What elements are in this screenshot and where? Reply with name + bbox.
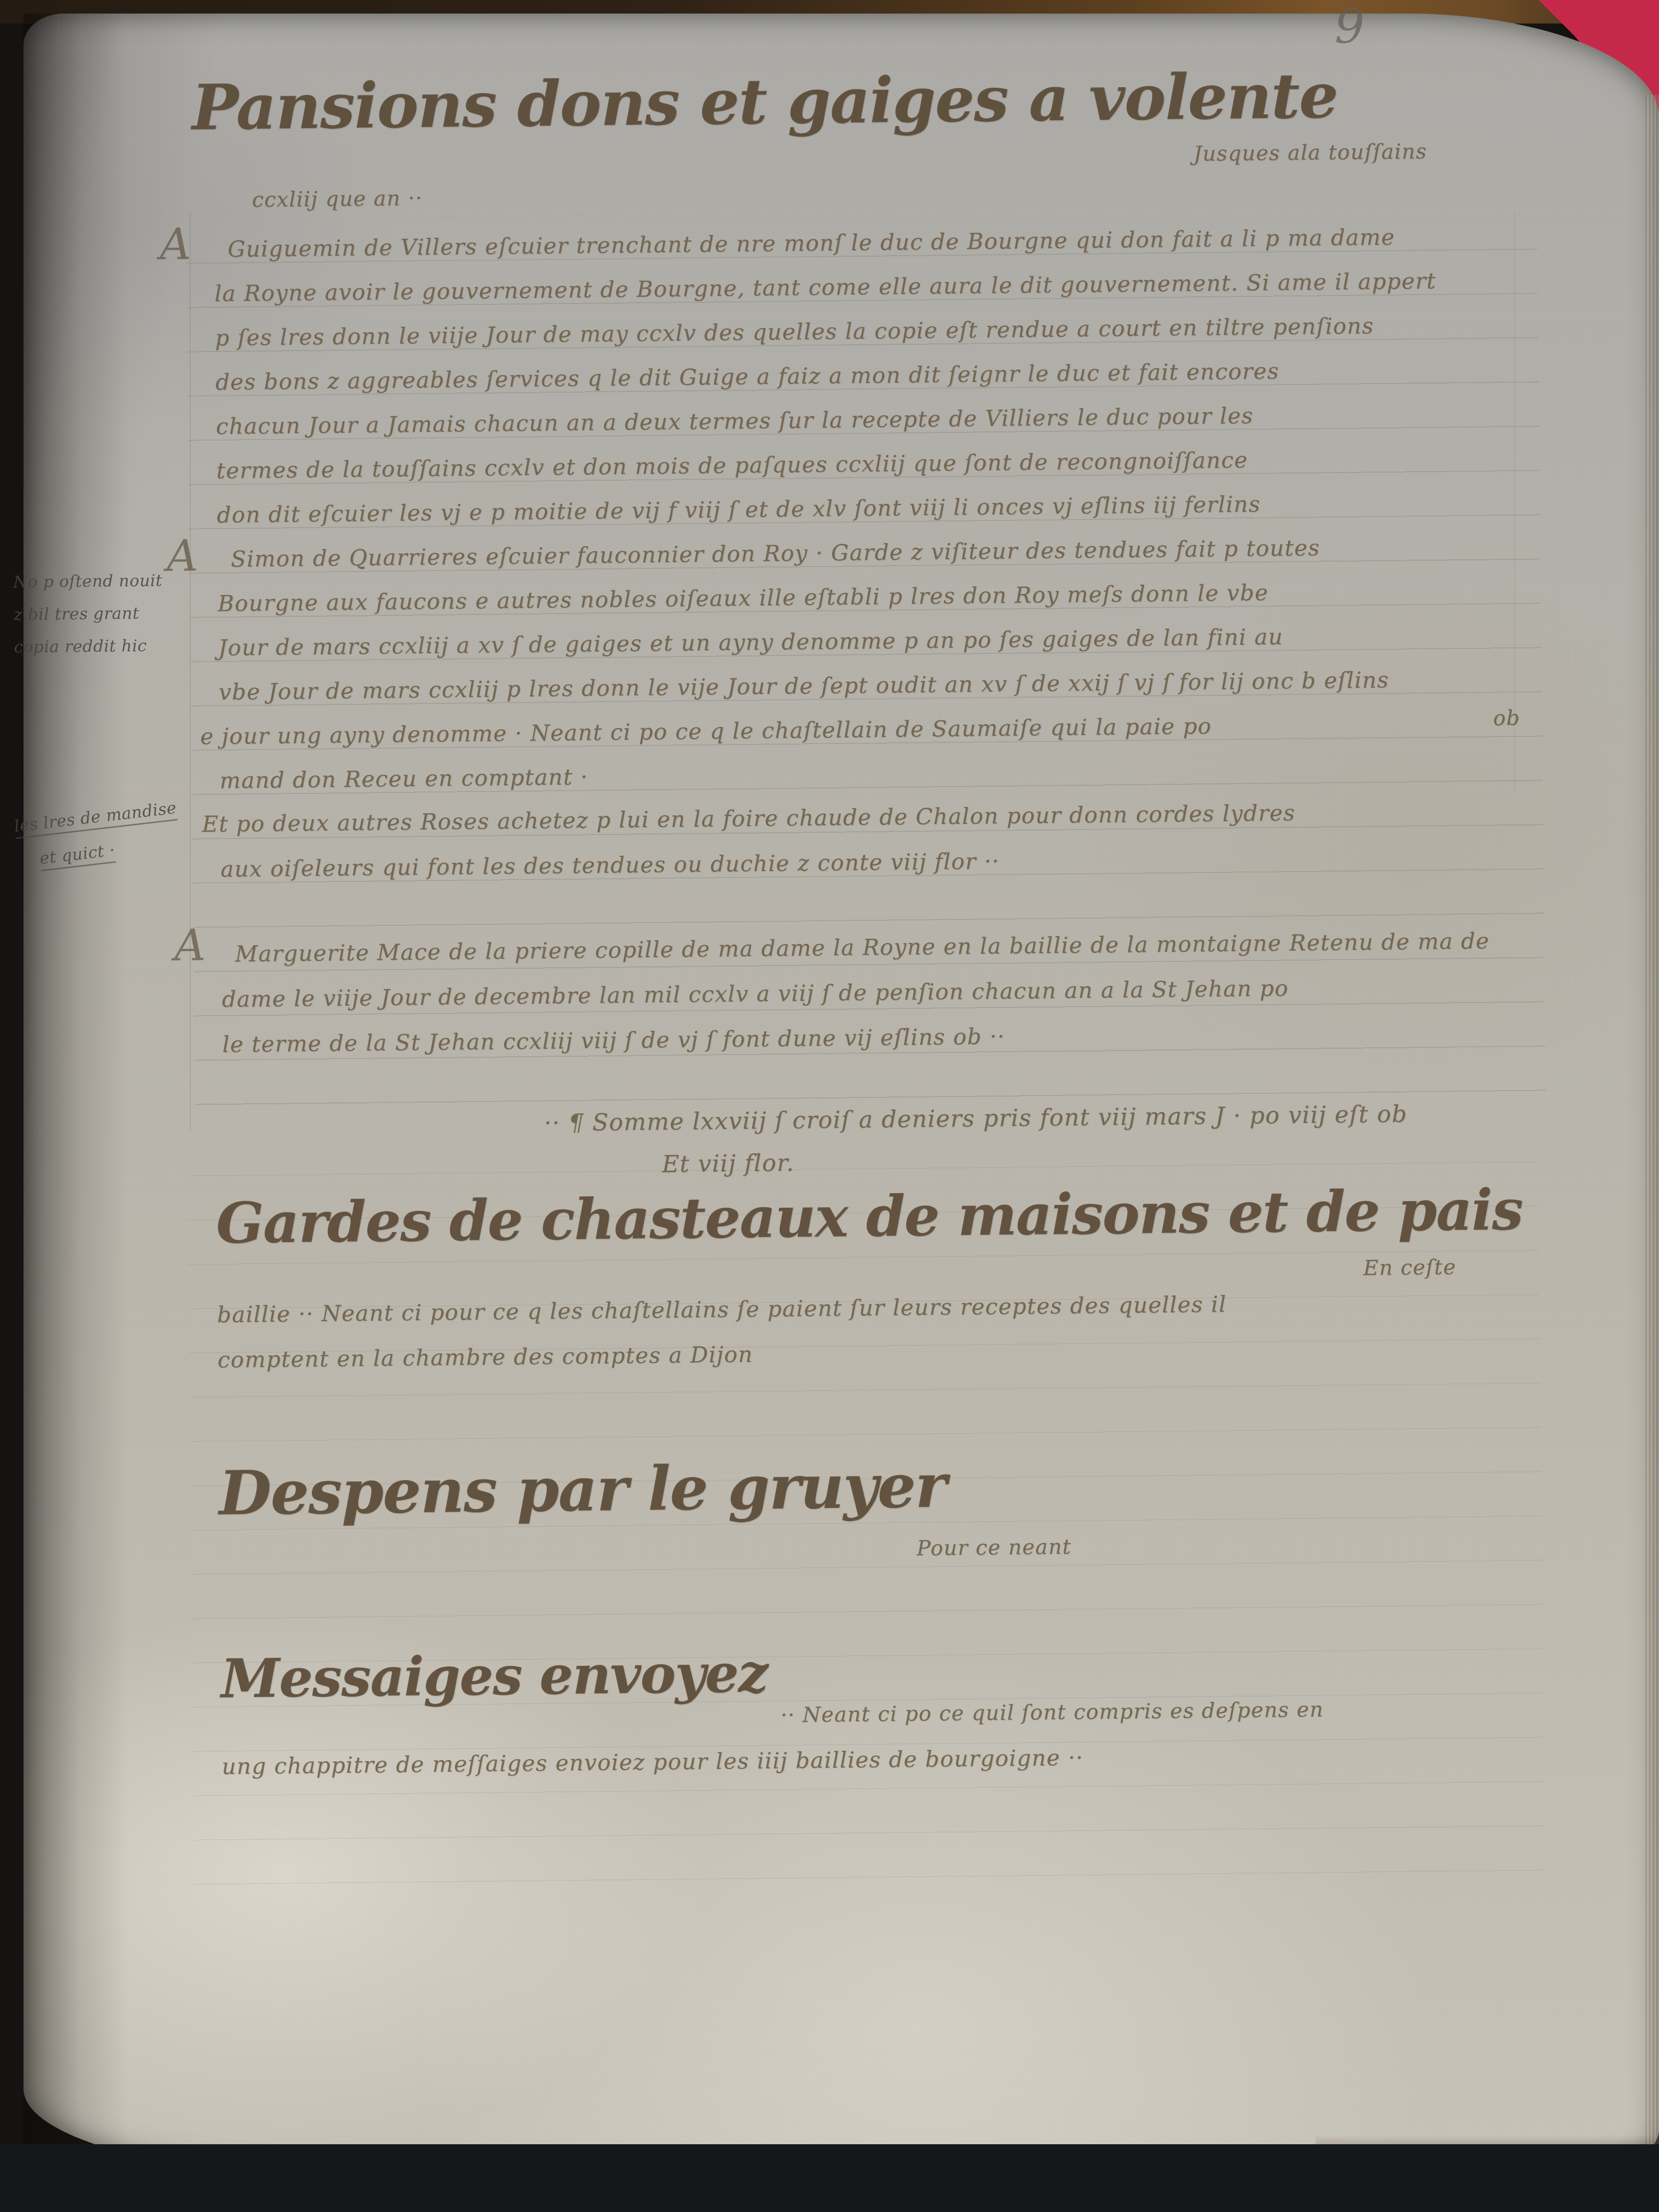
body-line: dame le viije Jour de decembre lan mil c… — [222, 975, 1289, 1012]
heading-messaiges: Messaiges envoyez — [220, 1641, 768, 1710]
amount-ob: ob — [1493, 705, 1520, 730]
body-line: comptent en la chambre des comptes a Dij… — [217, 1341, 753, 1373]
margin-note-line: No p oſtend nouit — [13, 572, 162, 591]
heading3-side-note: Pour ce neant — [917, 1534, 1072, 1561]
heading-gardes: Gardes de chasteaux de maisons et de pai… — [216, 1177, 1523, 1256]
manuscript-photo: 9 Pansions dons et gaiges a volente Jusq… — [0, 0, 1659, 2212]
body-line: Simon de Quarrieres eſcuier fauconnier d… — [231, 535, 1320, 572]
margin-note-line: copia reddit hic — [14, 637, 147, 656]
margin-note-line: les lres de mandise — [13, 799, 178, 839]
body-line: Guiguemin de Villers eſcuier trenchant d… — [227, 224, 1395, 262]
body-line: Et po deux autres Roses achetez p lui en… — [202, 800, 1296, 837]
body-line: le terme de la St Jehan ccxliij viij ſ d… — [222, 1023, 1005, 1057]
paragraph-mark: A — [166, 530, 198, 581]
body-line: don dit eſcuier les vj e p moitie de vij… — [217, 491, 1261, 528]
body-line: p ſes lres donn le viije Jour de may ccx… — [215, 313, 1374, 351]
body-line: Marguerite Mace de la priere copille de … — [235, 928, 1490, 967]
body-line: baillie ·· Neant ci pour ce q les chaſte… — [217, 1291, 1227, 1327]
paragraph-mark: A — [159, 219, 191, 270]
body-line: termes de la touſſains ccxlv et don mois… — [216, 447, 1248, 484]
body-line: des bons z aggreables ſervices q le dit … — [215, 358, 1279, 395]
body-line: vbe Jour de mars ccxliij p lres donn le … — [219, 667, 1389, 705]
body-line: mand don Receu en comptant · — [220, 764, 588, 794]
heading-despens: Despens par le gruyer — [219, 1450, 947, 1529]
body-line: chacun Jour a Jamais chacun an a deux te… — [216, 403, 1254, 440]
body-line: ung chappitre de meſſaiges envoiez pour … — [222, 1745, 1084, 1780]
margin-note-line: z bil tres grant — [14, 604, 140, 624]
folio-number: 9 — [1334, 0, 1365, 54]
summary-line: Et viij flor. — [662, 1149, 795, 1178]
body-line: la Royne avoir le gouvernement de Bourgn… — [214, 268, 1436, 306]
body-line: e jour ung ayny denomme · Neant ci po ce… — [200, 713, 1212, 750]
body-line: Jour de mars ccxliij a xv ſ de gaiges et… — [218, 624, 1284, 661]
heading2-side-note: En ceſte — [1363, 1255, 1456, 1280]
paragraph-mark: A — [174, 920, 206, 971]
heading1-year-subline: ccxliij que an ·· — [252, 186, 422, 212]
ink-layer: 9 Pansions dons et gaiges a volente Jusq… — [0, 0, 1659, 2212]
body-line: aux oiſeleurs qui font les des tendues o… — [220, 848, 1000, 882]
backdrop-bottom — [0, 2144, 1659, 2212]
heading1-side-note: Jusques ala touſſains — [1193, 139, 1427, 166]
body-line: Bourgne aux faucons e autres nobles oiſe… — [218, 580, 1269, 616]
heading4-side-note: ·· Neant ci po ce quil ſont compris es d… — [780, 1697, 1324, 1727]
margin-note-line: et quict · — [39, 841, 117, 871]
page-heading-pensions: Pansions dons et gaiges a volente — [192, 59, 1338, 145]
summary-line: ·· ¶ Somme lxxviij ſ croiſ a deniers pri… — [544, 1101, 1408, 1137]
